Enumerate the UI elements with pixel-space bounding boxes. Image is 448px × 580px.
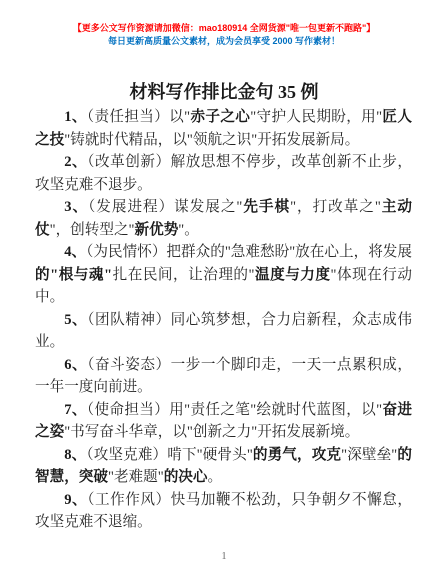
item-number: 8、 [64, 447, 86, 463]
item-emphasis-text: 的"根与魂" [35, 267, 112, 283]
item-text: "。 [178, 222, 199, 238]
item-text: （奋斗姿态）一步一个脚印走，一天一点累积成，一年一度向前进。 [35, 357, 412, 396]
item-number: 6、 [64, 357, 87, 373]
item-emphasis-text: 赤子之心 [190, 109, 250, 125]
item-text: （使命担当）用"责任之笔"绘就时代蓝图，以" [87, 402, 382, 418]
item-number: 7、 [64, 402, 87, 418]
list-item: 5、（团队精神）同心筑梦想，合力启新程，众志成伟业。 [35, 309, 412, 354]
item-text: （发展进程）谋发展之" [88, 199, 242, 215]
document-body: 1、（责任担当）以"赤子之心"守护人民期盼，用"匠人之技"铸就时代精品，以"领航… [35, 106, 412, 534]
item-text: "书写奋斗华章，以"创新之力"开拓发展新境。 [64, 424, 359, 440]
list-item: 4、（为民情怀）把群众的"急难愁盼"放在心上，将发展的"根与魂"扎在民间，让治理… [35, 241, 412, 309]
item-number: 3、 [64, 199, 88, 215]
item-number: 9、 [64, 492, 87, 508]
list-item: 7、（使命担当）用"责任之笔"绘就时代蓝图，以"奋进之姿"书写奋斗华章，以"创新… [35, 399, 412, 444]
item-text: （工作作风）快马加鞭不松劲，只争朝夕不懈怠，攻坚克难不退缩。 [35, 492, 412, 531]
item-emphasis-text: 的勇气，攻克 [253, 447, 341, 463]
item-number: 5、 [64, 312, 87, 328]
list-item: 6、（奋斗姿态）一步一个脚印走，一天一点累积成，一年一度向前进。 [35, 354, 412, 399]
item-emphasis-text: 温度与力度 [255, 267, 331, 283]
item-text: "深壁垒" [341, 447, 397, 463]
list-item: 8、（攻坚克难）啃下"硬骨头"的勇气，攻克"深壁垒"的智慧，突破"老难题"的决心… [35, 444, 412, 489]
list-item: 9、（工作作风）快马加鞭不松劲，只争朝夕不懈怠，攻坚克难不退缩。 [35, 489, 412, 534]
item-number: 2、 [64, 154, 87, 170]
list-item: 2、（改革创新）解放思想不停步，改革创新不止步，攻坚克难不退步。 [35, 151, 412, 196]
item-emphasis-text: 的决心 [164, 469, 208, 485]
item-text: "铸就时代精品，以"领航之识"开拓发展新局。 [64, 132, 359, 148]
list-item: 1、（责任担当）以"赤子之心"守护人民期盼，用"匠人之技"铸就时代精品，以"领航… [35, 106, 412, 151]
item-text: "守护人民期盼，用" [250, 109, 382, 125]
item-text: "，创转型之" [50, 222, 135, 238]
item-number: 4、 [64, 244, 86, 260]
item-emphasis-text: 新优势 [135, 222, 179, 238]
item-text: （为民情怀）把群众的"急难愁盼"放在心上，将发展 [86, 244, 412, 260]
promo-line-blue: 每日更新高质量公文素材，成为会员享受 2000 写作素材！ [0, 35, 448, 48]
item-text: 扎在民间，让治理的" [112, 267, 254, 283]
page-title: 材料写作排比金句 35 例 [0, 78, 448, 104]
item-text: （改革创新）解放思想不停步，改革创新不止步，攻坚克难不退步。 [35, 154, 412, 193]
document-page: 【更多公文写作资源请加微信：mao180914 全网货源"唯一包更新不跑路"】 … [0, 0, 448, 580]
item-text: （攻坚克难）啃下"硬骨头" [86, 447, 252, 463]
promo-line-red: 【更多公文写作资源请加微信：mao180914 全网货源"唯一包更新不跑路"】 [0, 22, 448, 35]
item-number: 1、 [64, 109, 87, 125]
promo-header: 【更多公文写作资源请加微信：mao180914 全网货源"唯一包更新不跑路"】 … [0, 22, 448, 48]
item-text: "，打改革之" [290, 199, 381, 215]
item-emphasis-text: 先手棋 [242, 199, 290, 215]
item-text: "老难题" [108, 469, 164, 485]
item-text: （责任担当）以" [87, 109, 190, 125]
list-item: 3、（发展进程）谋发展之"先手棋"，打改革之"主动仗"，创转型之"新优势"。 [35, 196, 412, 241]
item-text: 。 [207, 469, 222, 485]
page-number: 1 [0, 551, 448, 562]
item-text: （团队精神）同心筑梦想，合力启新程，众志成伟业。 [35, 312, 412, 351]
